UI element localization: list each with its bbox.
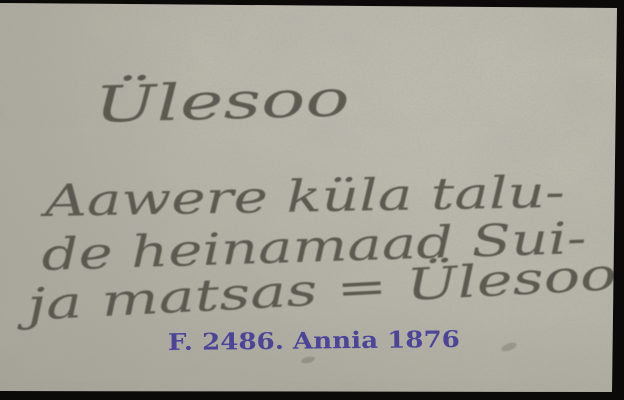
handwriting-layer: Ülesoo Aawere küla talu- de heinamaad Su… (0, 0, 624, 400)
pencil-smudge (300, 355, 315, 364)
pencil-smudge (500, 341, 517, 353)
place-name-heading: Ülesoo (94, 68, 350, 134)
photo-background: Ülesoo Aawere küla talu- de heinamaad Su… (0, 0, 624, 400)
note-card: Ülesoo Aawere küla talu- de heinamaad Su… (0, 0, 624, 400)
archive-stamp-text: F. 2486. Annia 1876 (168, 326, 460, 356)
